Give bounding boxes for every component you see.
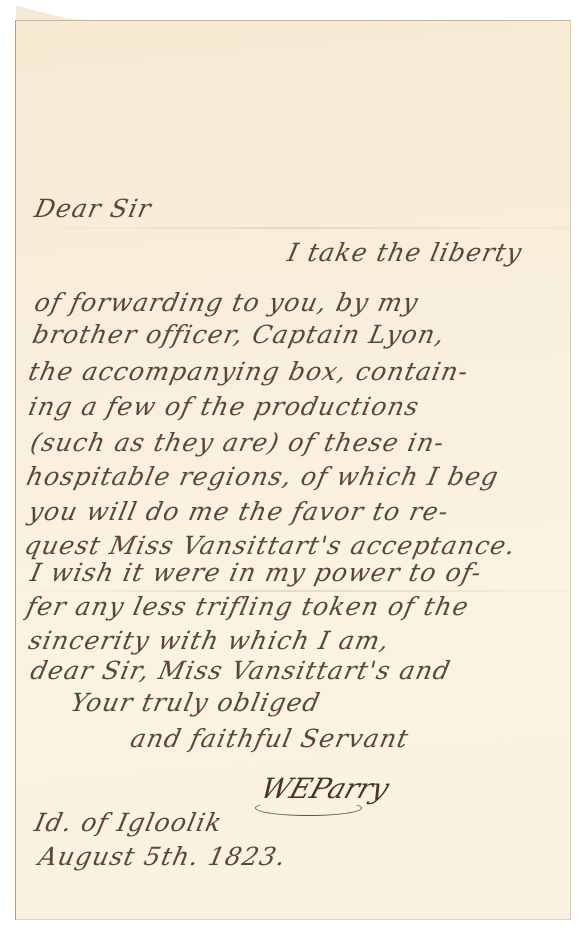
place-line: Id. of Igloolik — [32, 808, 225, 837]
signature-flourish — [255, 800, 362, 816]
body-line: dear Sir, Miss Vansittart's and — [28, 656, 454, 685]
body-line: fer any less trifling token of the — [24, 592, 472, 621]
body-line: ing a few of the productions — [26, 392, 422, 421]
body-line: I wish it were in my power to of- — [28, 558, 485, 587]
closing-line: and faithful Servant — [128, 724, 412, 753]
paper-fold-line — [15, 227, 571, 229]
torn-paper-corner — [16, 5, 96, 21]
body-line: of forwarding to you, by my — [32, 288, 421, 317]
salutation: Dear Sir — [32, 194, 154, 223]
body-line: I take the liberty — [285, 238, 525, 267]
body-line: you will do me the favor to re- — [26, 497, 452, 526]
date-line: August 5th. 1823. — [36, 842, 289, 871]
body-line: the accompanying box, contain- — [26, 357, 472, 386]
closing-line: Your truly obliged — [68, 688, 323, 717]
body-line: (such as they are) of these in- — [28, 428, 447, 457]
body-line: brother officer, Captain Lyon, — [30, 320, 448, 349]
body-line: hospitable regions, of which I beg — [24, 462, 502, 491]
body-line: sincerity with which I am, — [26, 626, 393, 655]
body-line: quest Miss Vansittart's acceptance. — [22, 531, 519, 560]
